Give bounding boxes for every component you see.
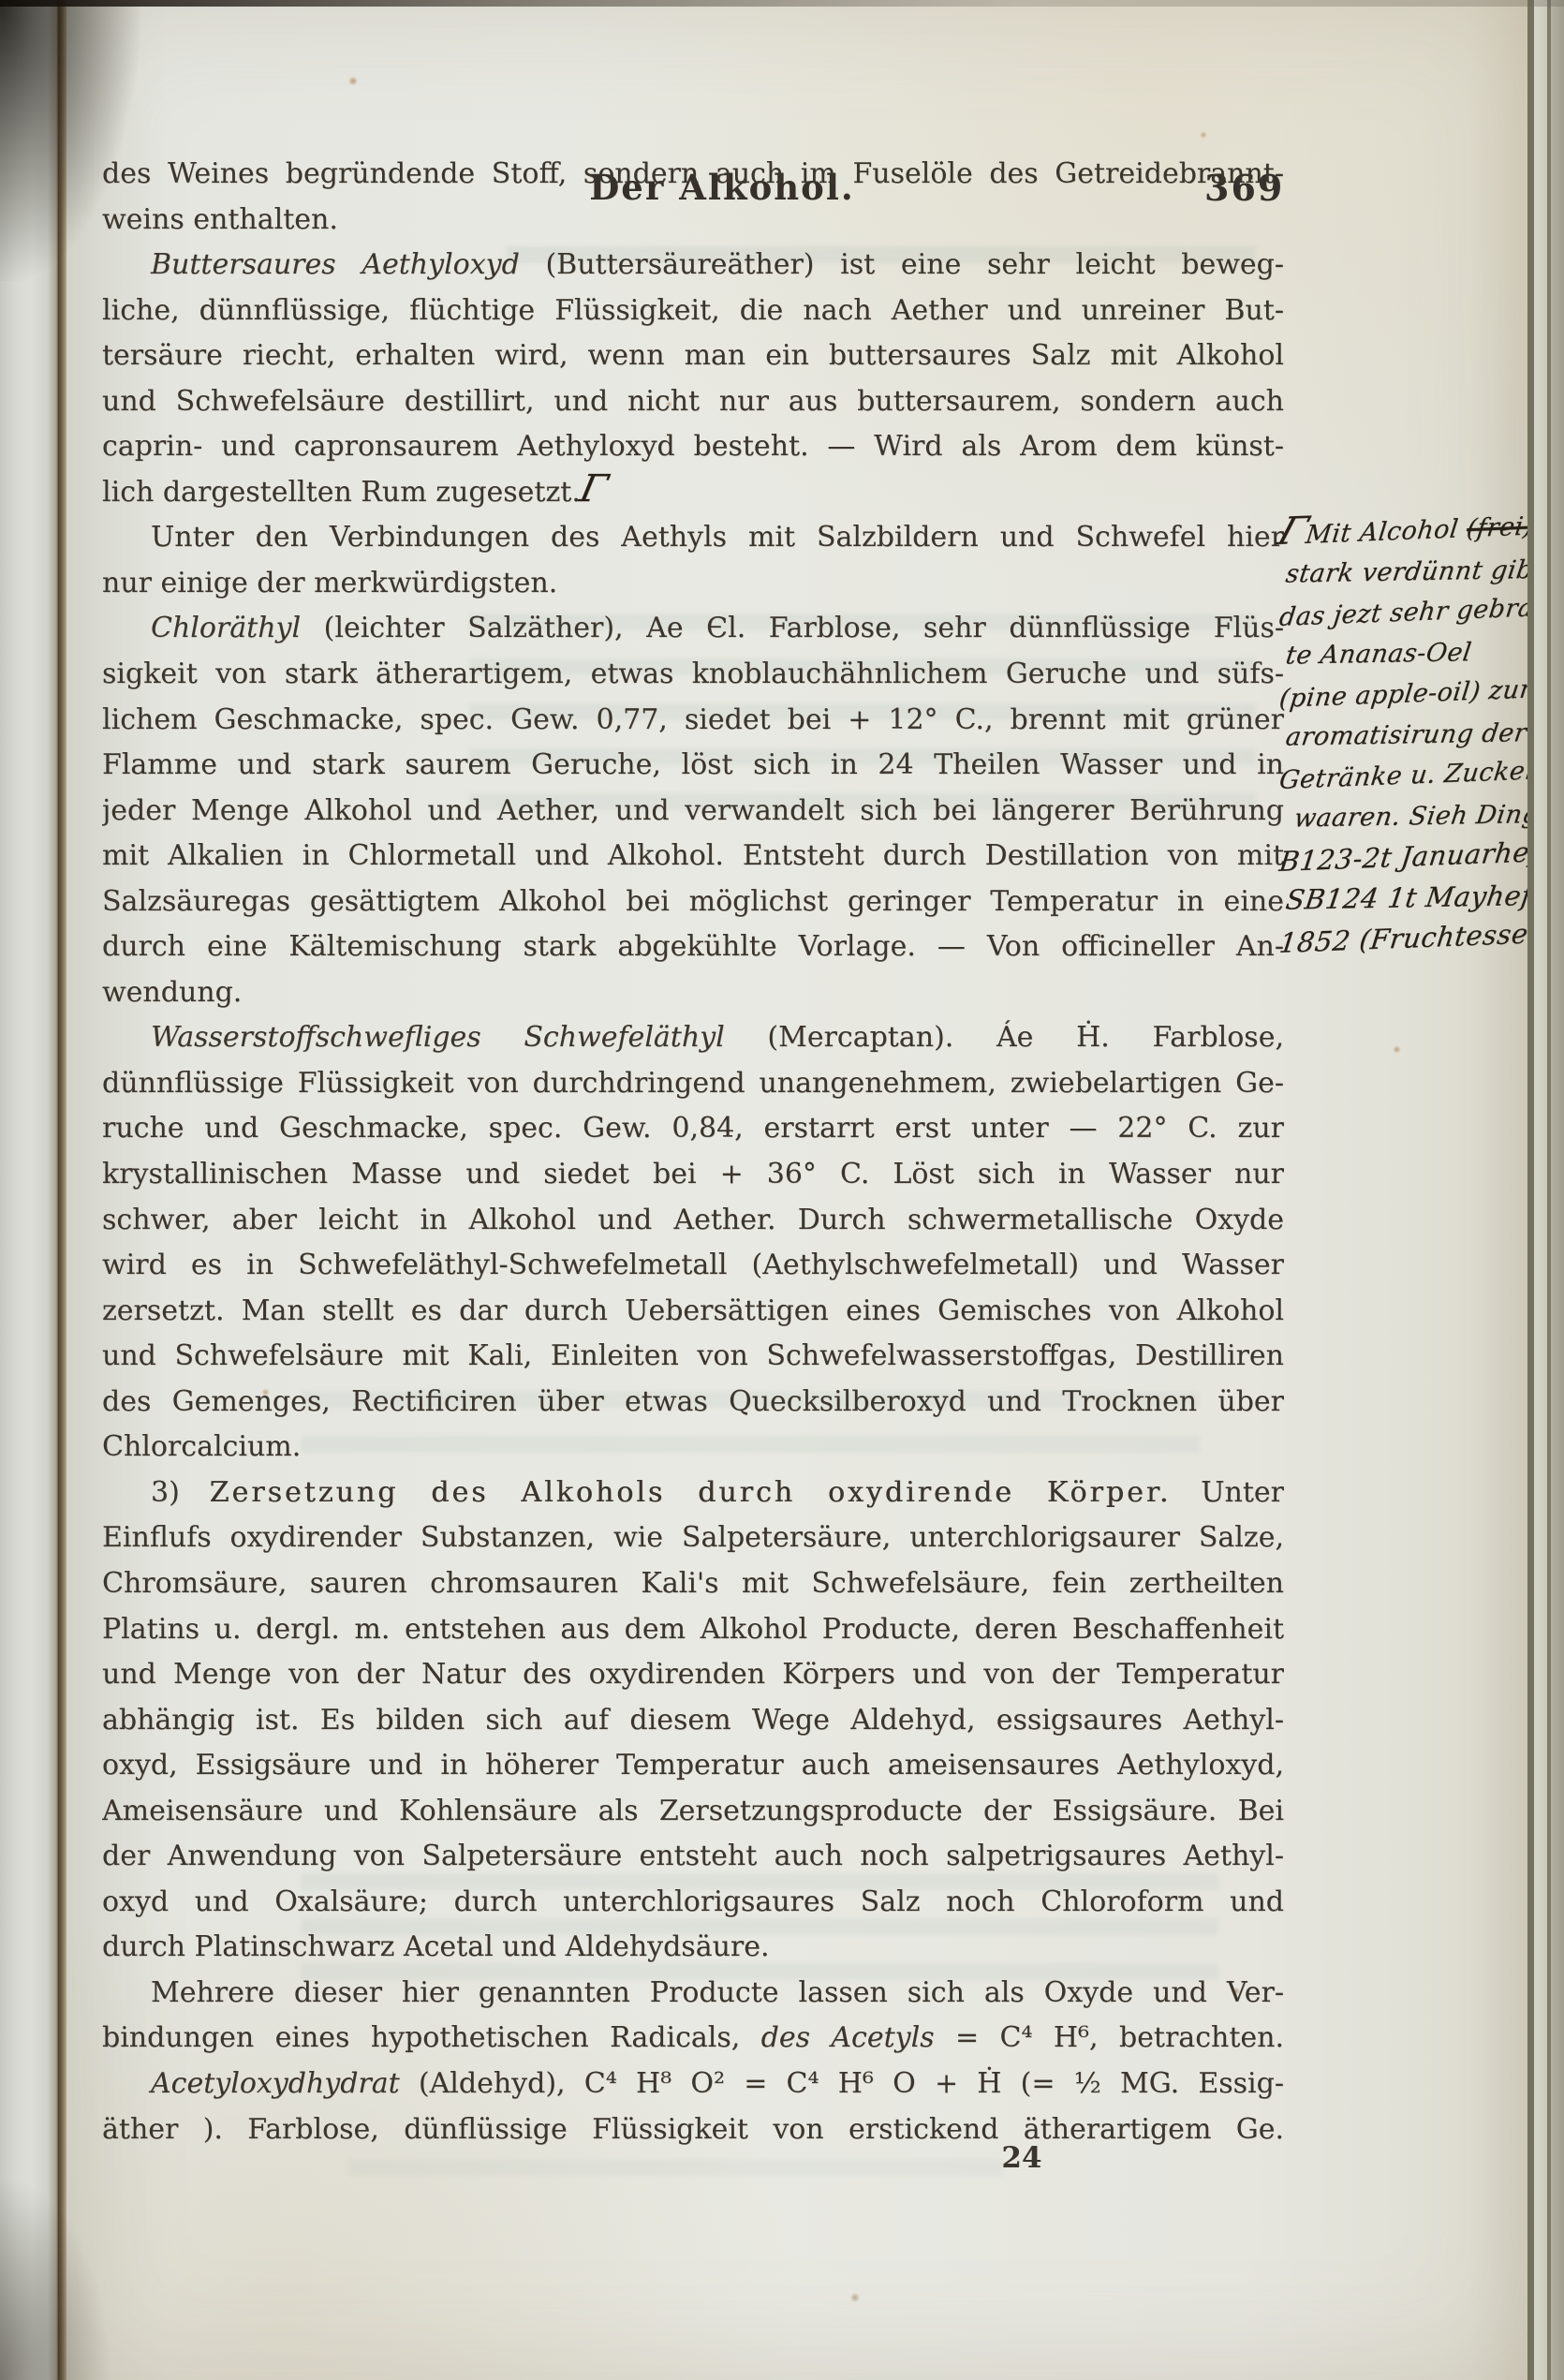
text-line: wird es in Schwefeläthyl-Schwefelmetall … xyxy=(102,1243,1284,1289)
text-segment: lich dargestellten Rum zugesetzt. xyxy=(102,476,581,509)
text-line: Buttersaures Aethyloxyd (Buttersäureäthe… xyxy=(102,243,1284,288)
text-segment: Chlorcalcium. xyxy=(102,1430,301,1463)
text-line: durch eine Kältemischung stark abgekühlt… xyxy=(102,924,1284,970)
text-segment: B123-2t Januarheft xyxy=(1277,835,1553,878)
text-segment: durch Platinschwarz Acetal und Aldehydsä… xyxy=(102,1930,770,1963)
foxing-spot xyxy=(1200,131,1207,139)
text-segment: (Buttersäureäther) ist eine sehr leicht … xyxy=(520,248,1284,281)
text-line: jeder Menge Alkohol und Aether, und verw… xyxy=(102,789,1284,835)
text-segment: des Gemenges, Rectificiren über etwas Qu… xyxy=(102,1385,1284,1418)
text-line: weins enthalten. xyxy=(102,198,1284,244)
text-line: und Schwefelsäure destillirt, und nicht … xyxy=(102,379,1284,425)
text-line: Einflufs oxydirender Substanzen, wie Sal… xyxy=(102,1515,1284,1561)
bleed-through-smudge xyxy=(347,2145,1003,2201)
text-segment: caprin- und capronsaurem Aethyloxyd best… xyxy=(102,430,1284,463)
text-line: sigkeit von stark ätherartigem, etwas kn… xyxy=(102,652,1284,698)
text-line: lichem Geschmacke, spec. Gew. 0,77, sied… xyxy=(102,698,1284,744)
book-page-scan: Der Alkohol. 369 des Weines begründende … xyxy=(0,0,1564,2380)
text-segment: Getränke u. Zucker- xyxy=(1277,756,1548,795)
text-segment: waaren. Sieh Dingl: xyxy=(1292,799,1558,833)
marginalia-note: ΓMit Alcohol (frei)stark verdünnt gibtda… xyxy=(1279,508,1564,959)
text-segment: te Ananas-Oel xyxy=(1284,638,1473,671)
text-segment: oxyd, Essigsäure und in höherer Temperat… xyxy=(102,1749,1284,1781)
text-segment: SB124 1t Mayheft xyxy=(1284,879,1545,915)
text-line: Chlorcalcium. xyxy=(102,1425,1284,1471)
text-line: caprin- und capronsaurem Aethyloxyd best… xyxy=(102,424,1284,470)
text-line: Unter den Verbindungen des Aethyls mit S… xyxy=(102,515,1284,561)
handwritten-mark: Γ xyxy=(577,470,611,508)
text-segment: äther ). Farblose, dünflüssige Flüssigke… xyxy=(102,2113,1284,2146)
text-segment: der Anwendung von Salpetersäure entsteht… xyxy=(102,1840,1284,1872)
text-segment: und Menge von der Natur des oxydirenden … xyxy=(102,1658,1284,1691)
text-segment: (Aldehyd), C⁴ H⁸ O² = C⁴ H⁶ O + Ḣ (= ½ M… xyxy=(400,2067,1284,2100)
text-line: dünnflüssige Flüssigkeit von durchdringe… xyxy=(102,1061,1284,1107)
foxing-spot xyxy=(347,77,359,85)
text-segment: oxyd und Oxalsäure; durch unterchlorigsa… xyxy=(102,1885,1284,1918)
text-line: krystallinischen Masse und siedet bei + … xyxy=(102,1152,1284,1198)
signature-mark: 24 xyxy=(980,2141,1064,2175)
text-line: 3) Zersetzung des Alkohols durch oxydire… xyxy=(102,1471,1284,1516)
fore-edge-strip xyxy=(1534,0,1547,2380)
marginalia-note-line: ΓMit Alcohol (frei) xyxy=(1276,502,1564,556)
text-line: zersetzt. Man stellt es dar durch Uebers… xyxy=(102,1289,1284,1335)
text-segment: aromatisirung der xyxy=(1284,718,1528,752)
text-segment: und Schwefelsäure mit Kali, Einleiten vo… xyxy=(102,1339,1284,1372)
text-segment: Acetyloxydhydrat xyxy=(151,2067,400,2100)
text-segment: (Mercaptan). Áe Ḣ. Farblose, xyxy=(725,1021,1284,1054)
text-segment: lichem Geschmacke, spec. Gew. 0,77, sied… xyxy=(102,703,1284,736)
text-segment: = C⁴ H⁶, betrachten. xyxy=(935,2021,1284,2054)
foxing-spot xyxy=(849,2293,861,2302)
gutter-shadow xyxy=(58,0,66,2380)
text-segment: abhängig ist. Es bilden sich auf diesem … xyxy=(102,1704,1284,1737)
text-line: Ameisensäure und Kohlensäure als Zersetz… xyxy=(102,1789,1284,1835)
text-segment: Platins u. dergl. m. entstehen aus dem A… xyxy=(102,1613,1284,1646)
text-segment: sigkeit von stark ätherartigem, etwas kn… xyxy=(102,658,1284,690)
text-segment: 1852 (Fruchtessenzen) xyxy=(1277,914,1564,959)
text-segment: des Acetyls xyxy=(761,2021,935,2054)
text-line: oxyd und Oxalsäure; durch unterchlorigsa… xyxy=(102,1880,1284,1926)
scan-corner-shadow xyxy=(0,0,140,281)
text-line: Chloräthyl (leichter Salzäther), Ae Єl. … xyxy=(102,606,1284,652)
scan-corner-shadow xyxy=(0,2174,112,2380)
text-segment: Zersetzung des Alkohols durch oxydirende… xyxy=(210,1476,1172,1509)
text-segment: Chloräthyl xyxy=(151,612,301,644)
text-line: liche, dünnflüssige, flüchtige Flüssigke… xyxy=(102,288,1284,334)
text-line: Platins u. dergl. m. entstehen aus dem A… xyxy=(102,1607,1284,1653)
adjacent-page-edge xyxy=(0,0,58,2380)
text-segment: Chromsäure, sauren chromsauren Kali's mi… xyxy=(102,1567,1284,1600)
text-line: schwer, aber leicht in Alkohol und Aethe… xyxy=(102,1198,1284,1244)
text-line: und Menge von der Natur des oxydirenden … xyxy=(102,1652,1284,1698)
text-line: lich dargestellten Rum zugesetzt. Γ xyxy=(102,470,1284,516)
text-segment: 3) xyxy=(151,1476,210,1509)
foxing-spot xyxy=(1393,1045,1401,1054)
text-segment: Unter den Verbindungen des Aethyls mit S… xyxy=(151,521,1284,554)
text-segment: zersetzt. Man stellt es dar durch Uebers… xyxy=(102,1294,1284,1327)
text-line: Chromsäure, sauren chromsauren Kali's mi… xyxy=(102,1561,1284,1607)
text-segment: das jezt sehr gebrauch xyxy=(1277,591,1564,632)
text-segment: wird es in Schwefeläthyl-Schwefelmetall … xyxy=(102,1249,1284,1281)
text-line: nur einige der merkwürdigsten. xyxy=(102,561,1284,607)
text-segment: wendung. xyxy=(102,976,242,1009)
text-line: und Schwefelsäure mit Kali, Einleiten vo… xyxy=(102,1334,1284,1380)
text-line: Flamme und stark saurem Geruche, löst si… xyxy=(102,743,1284,789)
text-line: Acetyloxydhydrat (Aldehyd), C⁴ H⁸ O² = C… xyxy=(102,2062,1284,2107)
page: Der Alkohol. 369 des Weines begründende … xyxy=(66,0,1527,2380)
text-line: wendung. xyxy=(102,970,1284,1016)
text-line: des Gemenges, Rectificiren über etwas Qu… xyxy=(102,1380,1284,1426)
text-line: durch Platinschwarz Acetal und Aldehydsä… xyxy=(102,1925,1284,1971)
text-line: Wasserstoffschwefliges Schwefeläthyl (Me… xyxy=(102,1015,1284,1061)
text-segment: bindungen eines hypothetischen Radicals, xyxy=(102,2021,761,2054)
text-line: Salzsäuregas gesättigtem Alkohol bei mög… xyxy=(102,880,1284,925)
text-line: ruche und Geschmacke, spec. Gew. 0,84, e… xyxy=(102,1106,1284,1152)
text-segment: (frei) xyxy=(1465,511,1535,543)
text-segment: dünnflüssige Flüssigkeit von durchdringe… xyxy=(102,1067,1284,1100)
text-segment: (pine apple-oil) zur xyxy=(1277,674,1533,714)
text-segment: und Schwefelsäure destillirt, und nicht … xyxy=(102,385,1284,418)
text-segment: nur einige der merkwürdigsten. xyxy=(102,567,557,599)
scan-top-edge xyxy=(0,0,1564,7)
text-segment: Salzsäuregas gesättigtem Alkohol bei mög… xyxy=(102,885,1284,918)
text-segment: krystallinischen Masse und siedet bei + … xyxy=(102,1158,1284,1190)
text-line: äther ). Farblose, dünflüssige Flüssigke… xyxy=(102,2107,1284,2153)
text-segment: Flamme und stark saurem Geruche, löst si… xyxy=(102,748,1284,781)
text-segment: jeder Menge Alkohol und Aether, und verw… xyxy=(102,794,1284,827)
text-line: tersäure riecht, erhalten wird, wenn man… xyxy=(102,333,1284,379)
text-line: des Weines begründende Stoff, sondern au… xyxy=(102,152,1284,198)
text-segment: ruche und Geschmacke, spec. Gew. 0,84, e… xyxy=(102,1112,1284,1145)
text-line: Mehrere dieser hier genannten Producte l… xyxy=(102,1971,1284,2017)
text-segment: stark verdünnt gibt xyxy=(1284,554,1546,588)
text-line: bindungen eines hypothetischen Radicals,… xyxy=(102,2016,1284,2062)
text-segment: schwer, aber leicht in Alkohol und Aethe… xyxy=(102,1204,1284,1236)
text-segment: Einflufs oxydirender Substanzen, wie Sal… xyxy=(102,1521,1284,1554)
text-segment: Buttersaures Aethyloxyd xyxy=(151,248,520,281)
text-segment: Mehrere dieser hier genannten Producte l… xyxy=(151,1976,1284,2009)
text-segment: des Weines begründende Stoff, sondern au… xyxy=(102,157,1284,190)
text-segment: Unter xyxy=(1171,1476,1284,1509)
text-line: oxyd, Essigsäure und in höherer Temperat… xyxy=(102,1743,1284,1789)
body-text: des Weines begründende Stoff, sondern au… xyxy=(102,152,1284,2152)
text-line: abhängig ist. Es bilden sich auf diesem … xyxy=(102,1698,1284,1744)
text-line: der Anwendung von Salpetersäure entsteht… xyxy=(102,1834,1284,1880)
text-segment: Mit Alcohol xyxy=(1304,514,1468,550)
fore-edge-line xyxy=(1527,0,1534,2380)
text-line: mit Alkalien in Chlormetall und Alkohol.… xyxy=(102,834,1284,880)
text-segment: durch eine Kältemischung stark abgekühlt… xyxy=(102,930,1284,963)
text-segment: (leichter Salzäther), Ae Єl. Farblose, s… xyxy=(301,612,1284,644)
text-segment: Ameisensäure und Kohlensäure als Zersetz… xyxy=(102,1795,1284,1827)
text-segment: liche, dünnflüssige, flüchtige Flüssigke… xyxy=(102,294,1284,327)
fore-edge-strip xyxy=(1551,0,1564,2380)
text-segment: Wasserstoffschwefliges Schwefeläthyl xyxy=(151,1021,725,1054)
text-segment: mit Alkalien in Chlormetall und Alkohol.… xyxy=(102,839,1284,872)
text-segment: tersäure riecht, erhalten wird, wenn man… xyxy=(102,339,1284,372)
